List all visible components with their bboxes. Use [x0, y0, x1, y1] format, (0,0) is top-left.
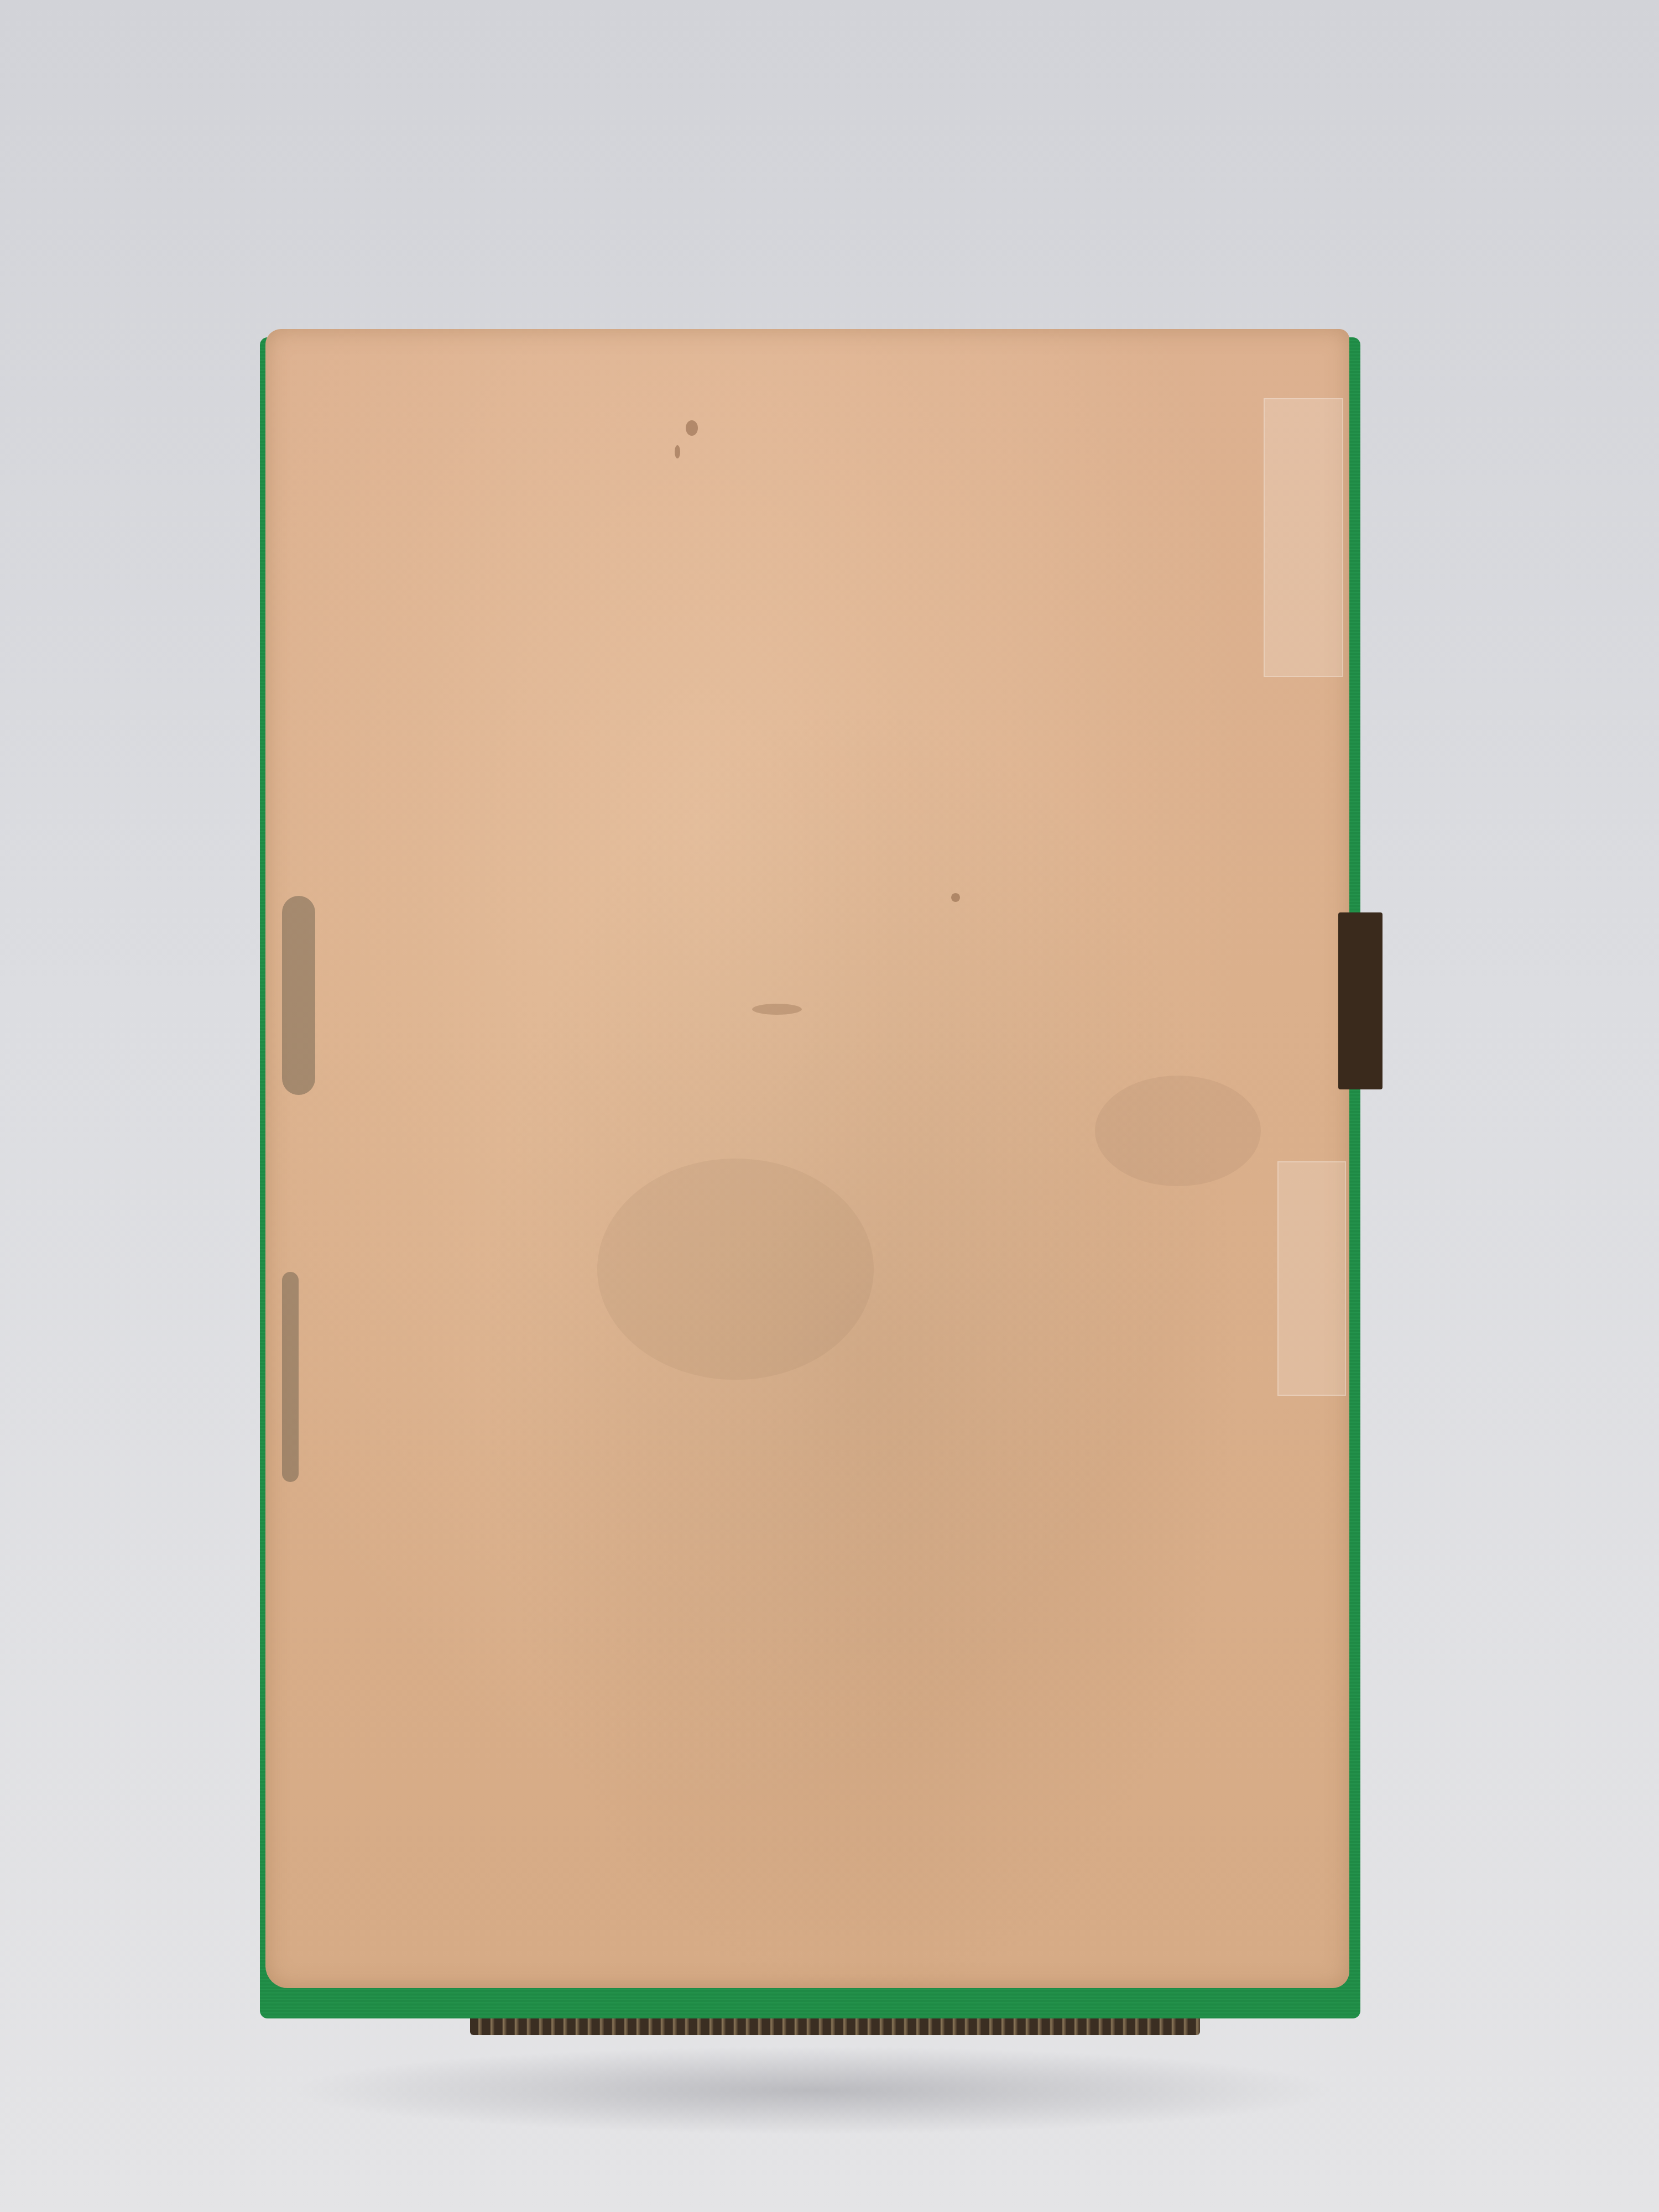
tape-strip	[1277, 1161, 1346, 1396]
tape-strip	[1264, 398, 1343, 677]
foxing	[597, 1159, 874, 1380]
photo-scene	[0, 0, 1659, 2212]
book-shadow	[288, 2046, 1338, 2135]
stain	[951, 893, 960, 902]
edge-smudge	[282, 1272, 299, 1482]
ink-stain	[686, 420, 698, 436]
torn-spine-flap	[1338, 912, 1383, 1089]
foxing	[1095, 1076, 1261, 1186]
stain	[752, 1004, 802, 1015]
edge-smudge	[282, 896, 315, 1095]
ink-stain	[675, 445, 680, 458]
paper-back-cover	[265, 329, 1349, 1988]
